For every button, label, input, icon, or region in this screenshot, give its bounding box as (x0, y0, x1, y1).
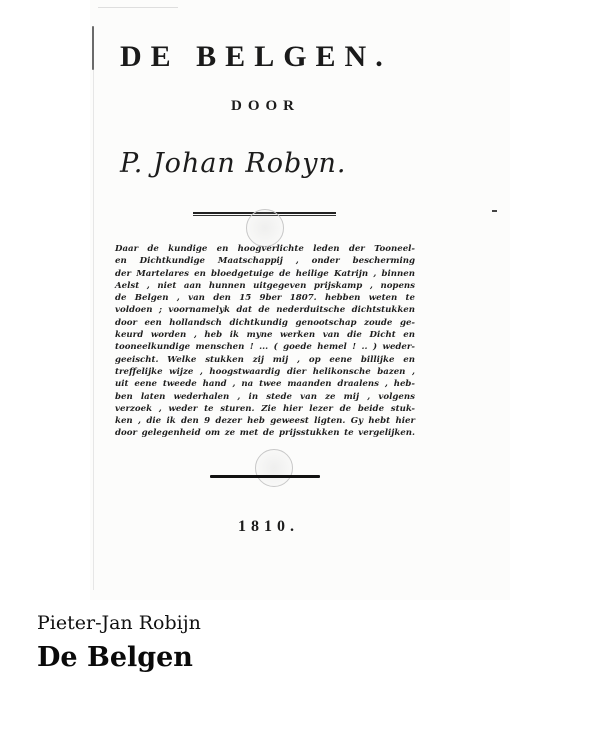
cover-by-label: DOOR (231, 98, 300, 115)
publication-year: 1810. (238, 518, 299, 536)
cover-author: P. Johan Robyn. (120, 148, 347, 179)
cover-body-text: Daar de kundige en hoogverlichte leden d… (115, 243, 415, 440)
single-rule-divider (210, 475, 320, 478)
scan-edge (98, 7, 178, 8)
body-line: verzoek , weder te sturen. Zie hier leze… (115, 403, 415, 415)
body-line: der Martelares en bloedgetuige de heilig… (115, 268, 415, 280)
body-line: Daar de kundige en hoogverlichte leden d… (115, 243, 415, 255)
cover-scan-image: DE BELGEN. DOOR P. Johan Robyn. Daar de … (90, 0, 510, 600)
scan-mark (92, 26, 94, 70)
body-line: voldoen ; voornamelyk dat de nederduitsc… (115, 304, 415, 316)
library-stamp-icon (255, 449, 293, 487)
body-line: door een hollandsch dichtkundig genootsc… (115, 317, 415, 329)
caption-title: De Belgen (37, 642, 193, 673)
library-stamp-icon (246, 209, 284, 247)
body-line: uit eene tweede hand , na twee maanden d… (115, 378, 415, 390)
ink-mark (492, 210, 497, 212)
body-line: Aelst , niet aan hunnen uitgegeven prijs… (115, 280, 415, 292)
scan-edge (93, 30, 94, 590)
cover-title: DE BELGEN. (120, 40, 420, 74)
body-line: ken , die ik den 9 dezer heb geweest lig… (115, 415, 415, 427)
caption-author: Pieter-Jan Robijn (37, 612, 201, 634)
body-line: en Dichtkundige Maatschappij , onder bes… (115, 255, 415, 267)
body-line: keurd worden , heb ik myne werken van di… (115, 329, 415, 341)
body-line: de Belgen , van den 15 9ber 1807. hebben… (115, 292, 415, 304)
body-line: tooneelkundige menschen ! ... ( goede he… (115, 341, 415, 353)
body-line: treffelijke wijze , hoogstwaardig dier h… (115, 366, 415, 378)
body-line: ben laten wederhalen , in stede van ze m… (115, 391, 415, 403)
body-line: door gelegenheid om ze met de prijsstukk… (115, 427, 415, 439)
body-line: geeischt. Welke stukken zij mij , op een… (115, 354, 415, 366)
